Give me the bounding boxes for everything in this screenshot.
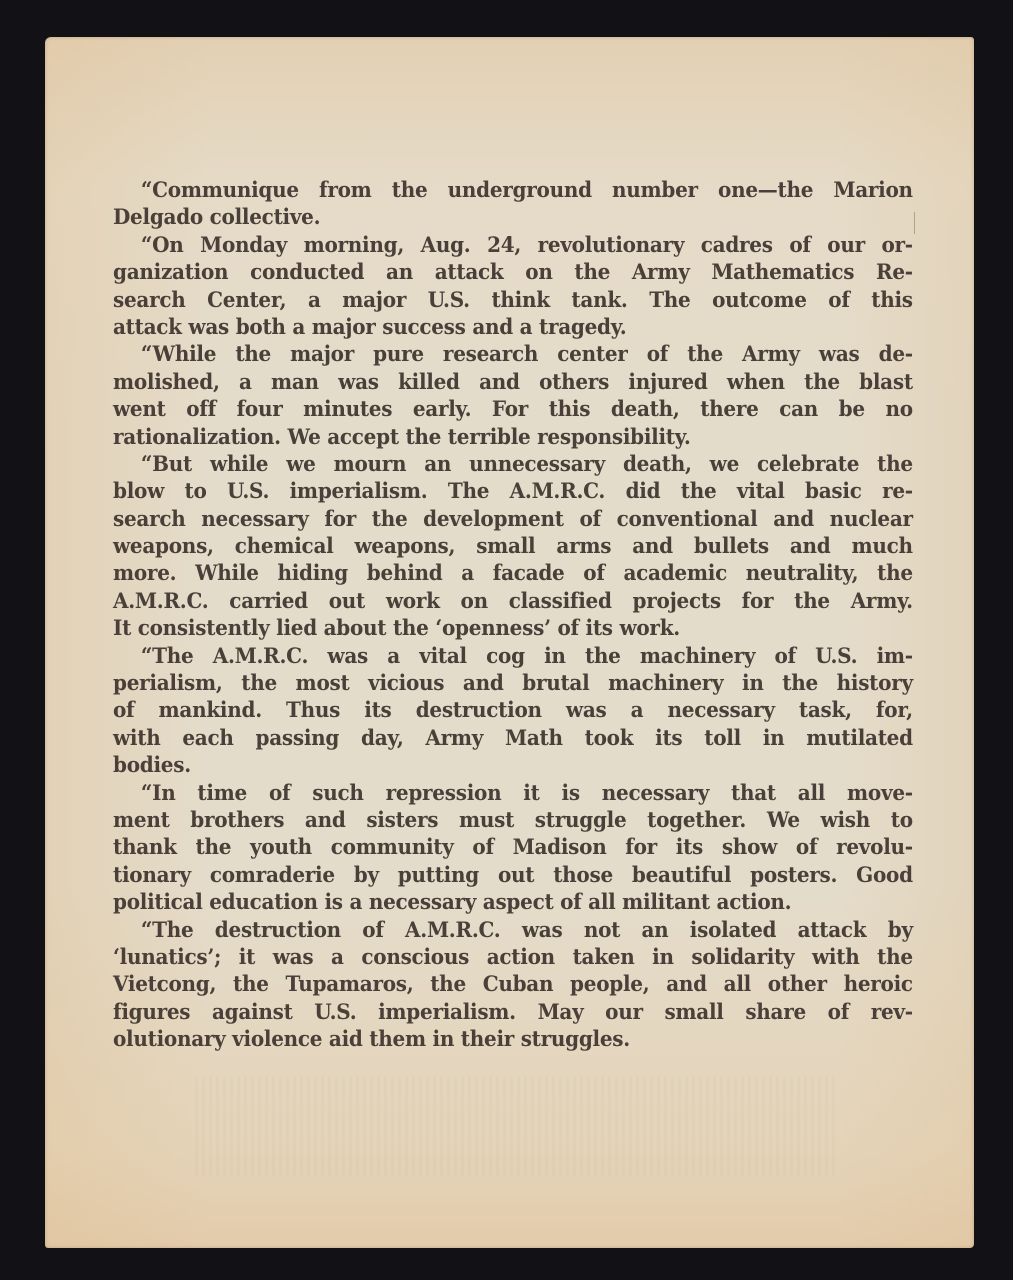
text-line: of mankind. Thus its destruction was a n…: [113, 697, 913, 724]
text-line: A.M.R.C. carried out work on classified …: [113, 588, 913, 615]
text-line: Delgado collective.: [113, 204, 913, 231]
text-line: “On Monday morning, Aug. 24, revolutiona…: [113, 232, 913, 259]
margin-pencil-mark: [914, 212, 915, 234]
text-line: “In time of such repression it is necess…: [113, 780, 913, 807]
text-line: Vietcong, the Tupamaros, the Cuban peopl…: [113, 971, 913, 998]
text-line: “While the major pure research center of…: [113, 341, 913, 368]
text-line: tionary comraderie by putting out those …: [113, 862, 913, 889]
text-line: “But while we mourn an unnecessary death…: [113, 451, 913, 478]
text-line: bodies.: [113, 752, 913, 779]
text-line: search necessary for the development of …: [113, 506, 913, 533]
text-line: more. While hiding behind a facade of ac…: [113, 560, 913, 587]
paragraph-5-machinery: “The A.M.R.C. was a vital cog in the mac…: [113, 643, 913, 780]
text-line: search Center, a major U.S. think tank. …: [113, 287, 913, 314]
text-line: ‘lunatics’; it was a conscious action ta…: [113, 944, 913, 971]
text-line: perialism, the most vicious and brutal m…: [113, 670, 913, 697]
text-line: thank the youth community of Madison for…: [113, 834, 913, 861]
text-line: olutionary violence aid them in their st…: [113, 1026, 913, 1053]
paragraph-2-attack: “On Monday morning, Aug. 24, revolutiona…: [113, 232, 913, 342]
paragraph-1-header: “Communique from the underground number …: [113, 177, 913, 232]
document-page: “Communique from the underground number …: [45, 37, 974, 1248]
text-line: rationalization. We accept the terrible …: [113, 424, 913, 451]
text-line: weapons, chemical weapons, small arms an…: [113, 533, 913, 560]
paragraph-4-amrc-research: “But while we mourn an unnecessary death…: [113, 451, 913, 643]
text-line: It consistently lied about the ‘openness…: [113, 615, 913, 642]
paragraph-7-conclusion: “The destruction of A.M.R.C. was not an …: [113, 917, 913, 1054]
communique-text: “Communique from the underground number …: [113, 177, 913, 1054]
paragraph-6-solidarity: “In time of such repression it is necess…: [113, 780, 913, 917]
text-line: ment brothers and sisters must struggle …: [113, 807, 913, 834]
text-line: “Communique from the underground number …: [113, 177, 913, 204]
text-line: attack was both a major success and a tr…: [113, 314, 913, 341]
text-line: with each passing day, Army Math took it…: [113, 725, 913, 752]
text-line: ganization conducted an attack on the Ar…: [113, 259, 913, 286]
text-line: political education is a necessary aspec…: [113, 889, 913, 916]
text-line: went off four minutes early. For this de…: [113, 396, 913, 423]
text-line: “The destruction of A.M.R.C. was not an …: [113, 917, 913, 944]
text-line: figures against U.S. imperialism. May ou…: [113, 999, 913, 1026]
text-line: molished, a man was killed and others in…: [113, 369, 913, 396]
paragraph-3-responsibility: “While the major pure research center of…: [113, 341, 913, 451]
text-line: blow to U.S. imperialism. The A.M.R.C. d…: [113, 478, 913, 505]
text-line: “The A.M.R.C. was a vital cog in the mac…: [113, 643, 913, 670]
